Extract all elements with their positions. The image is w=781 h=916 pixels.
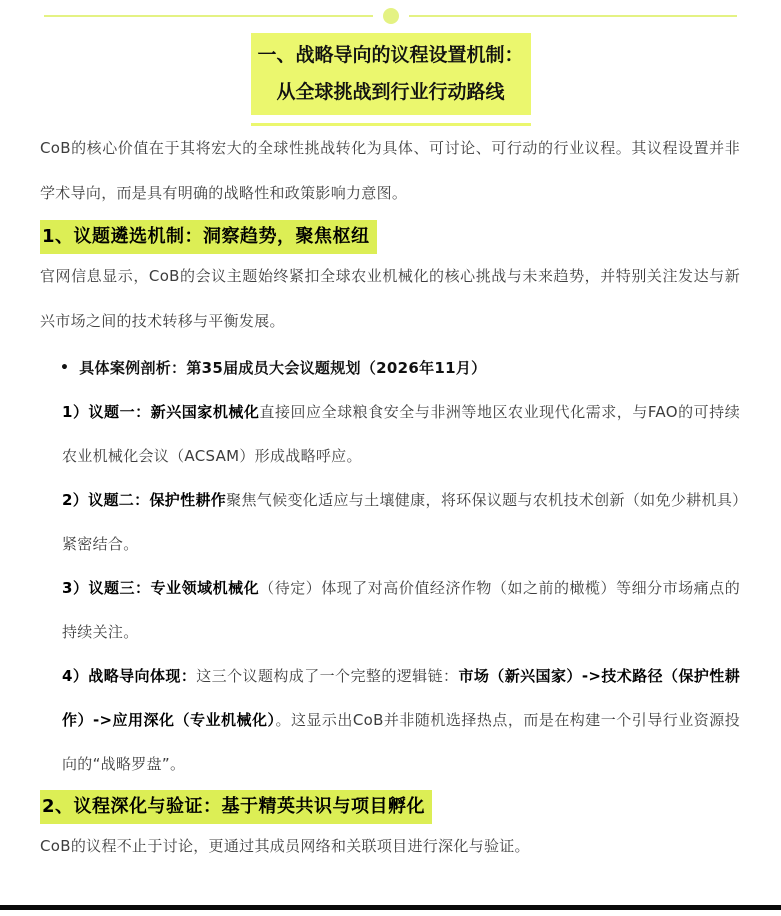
bottom-divider-bar [0,905,781,910]
top-divider [44,7,737,25]
numbered-item-3: 3）议题三：专业领域机械化（待定）体现了对高价值经济作物（如之前的橄榄）等细分市… [40,566,740,654]
section-heading-2-wrap: 2、议程深化与验证：基于精英共识与项目孵化 [40,790,740,824]
case-title: 具体案例剖析：第35届成员大会议题规划（2026年11月） [79,346,486,390]
bullet-icon: • [60,346,69,390]
section-title-box: 一、战略导向的议程设置机制： 从全球挑战到行业行动路线 [251,33,531,115]
title-line-2: 从全球挑战到行业行动路线 [257,74,525,111]
divider-dot-icon [383,8,399,24]
divider-line-right [409,15,738,17]
bullet-list-item: • 具体案例剖析：第35届成员大会议题规划（2026年11月） [40,346,740,390]
section-heading-2: 2、议程深化与验证：基于精英共识与项目孵化 [40,790,432,824]
article-content: CoB的核心价值在于其将宏大的全球性挑战转化为具体、可讨论、可行动的行业议程。其… [0,126,781,869]
section-heading-1-wrap: 1、议题遴选机制：洞察趋势，聚焦枢纽 [40,220,740,254]
numbered-item-1: 1）议题一：新兴国家机械化直接回应全球粮食安全与非洲等地区农业现代化需求，与FA… [40,390,740,478]
numbered-item-2: 2）议题二：保护性耕作聚焦气候变化适应与土壤健康，将环保议题与农机技术创新（如免… [40,478,740,566]
section2-paragraph: CoB的议程不止于讨论，更通过其成员网络和关联项目进行深化与验证。 [40,824,740,869]
article-page: 一、战略导向的议程设置机制： 从全球挑战到行业行动路线 CoB的核心价值在于其将… [0,0,781,916]
section1-paragraph: 官网信息显示，CoB的会议主题始终紧扣全球农业机械化的核心挑战与未来趋势，并特别… [40,254,740,344]
divider-line-left [44,15,373,17]
section-heading-1: 1、议题遴选机制：洞察趋势，聚焦枢纽 [40,220,377,254]
title-line-1: 一、战略导向的议程设置机制： [257,37,525,74]
intro-paragraph: CoB的核心价值在于其将宏大的全球性挑战转化为具体、可讨论、可行动的行业议程。其… [40,126,740,216]
numbered-item-4: 4）战略导向体现：这三个议题构成了一个完整的逻辑链：市场（新兴国家）->技术路径… [40,654,740,786]
